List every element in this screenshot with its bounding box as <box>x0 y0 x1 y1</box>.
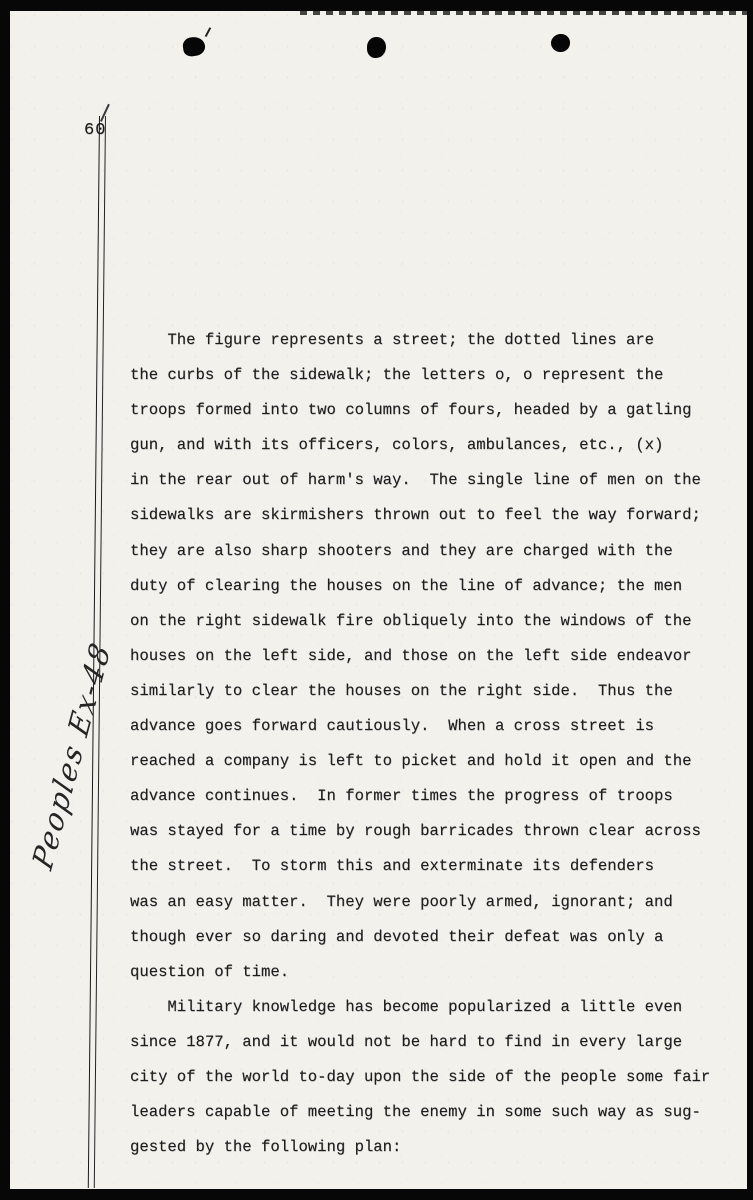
scan-border-right <box>747 0 753 1200</box>
text-line: The figure represents a street; the dott… <box>130 323 735 358</box>
text-line: they are also sharp shooters and they ar… <box>130 534 735 569</box>
ink-dot <box>551 34 570 52</box>
scan-border-left <box>0 0 10 1200</box>
text-line: Military knowledge has become popularize… <box>130 990 735 1025</box>
text-line: in the rear out of harm's way. The singl… <box>130 463 735 498</box>
text-line: duty of clearing the houses on the line … <box>130 569 735 604</box>
text-line: was stayed for a time by rough barricade… <box>130 814 735 849</box>
text-line: though ever so daring and devoted their … <box>130 920 735 955</box>
text-line: gested by the following plan: <box>130 1130 735 1165</box>
text-line: since 1877, and it would not be hard to … <box>130 1025 735 1060</box>
scan-border-bottom <box>0 1189 753 1200</box>
document-body: The figure represents a street; the dott… <box>130 323 735 1165</box>
text-line: on the right sidewalk fire obliquely int… <box>130 604 735 639</box>
scanned-page: 60 Peoples Ex-48 The figure represents a… <box>0 0 753 1200</box>
text-line: similarly to clear the houses on the rig… <box>130 674 735 709</box>
scan-border-top <box>0 0 753 11</box>
text-line: reached a company is left to picket and … <box>130 744 735 779</box>
text-line: question of time. <box>130 955 735 990</box>
text-line: advance goes forward cautiously. When a … <box>130 709 735 744</box>
text-line: the street. To storm this and exterminat… <box>130 849 735 884</box>
exhibit-annotation: Peoples Ex-48 <box>26 636 117 874</box>
ink-dot-tick <box>205 27 211 37</box>
scan-border-top-fray <box>300 11 753 15</box>
text-line: houses on the left side, and those on th… <box>130 639 735 674</box>
text-line: leaders capable of meeting the enemy in … <box>130 1095 735 1130</box>
paragraph: Military knowledge has become popularize… <box>130 990 735 1165</box>
ink-dot <box>367 37 386 58</box>
text-line: city of the world to-day upon the side o… <box>130 1060 735 1095</box>
text-line: was an easy matter. They were poorly arm… <box>130 885 735 920</box>
text-line: gun, and with its officers, colors, ambu… <box>130 428 735 463</box>
text-line: troops formed into two columns of fours,… <box>130 393 735 428</box>
ink-dot <box>182 36 206 58</box>
text-line: advance continues. In former times the p… <box>130 779 735 814</box>
text-line: the curbs of the sidewalk; the letters o… <box>130 358 735 393</box>
text-line: sidewalks are skirmishers thrown out to … <box>130 498 735 533</box>
paragraph: The figure represents a street; the dott… <box>130 323 735 990</box>
